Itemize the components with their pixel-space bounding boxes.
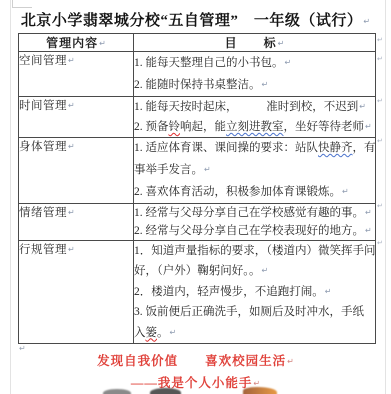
paragraph-return-mark: ↵: [68, 208, 75, 217]
category-cell: 行规管理↵: [19, 241, 134, 344]
goal-text: ，坐好等待老师: [284, 121, 365, 133]
header-cell-category: 管理内容↵: [19, 34, 134, 52]
goal-text: 3. 饭前便后正确洗手，如厕后及时冲水，手纸: [134, 306, 364, 318]
category-label: 空间管理: [19, 55, 67, 67]
goal-text: 2. 喜欢体育活动，积极参加体育课锻炼。: [134, 186, 341, 198]
goal-line: 3. 饭前便后正确洗手，如厕后及时冲水，手纸: [134, 302, 375, 322]
slogan-line-1: 发现自我价值 喜欢校园生活↵: [0, 351, 391, 369]
paragraph-return-mark: ↵: [285, 58, 292, 67]
goal-line: 1．知道声量指标的要求，（楼道内）微笑挥手问: [134, 241, 375, 261]
row-end-mark: ↵: [377, 202, 383, 210]
paragraph-return-mark: ↵: [325, 287, 332, 296]
spellcheck-marked-text: 铃: [169, 121, 181, 133]
header-label: 管理内容: [46, 36, 98, 50]
goal-text: 2．楼道内，轻声慢步，不追跑打闹。: [134, 286, 324, 298]
goal-text: 1. 适应体育课、课间操的要求：站队: [134, 142, 318, 154]
goal-text: 1．知道声量指标的要求，（楼道内）微笑挥手问: [134, 245, 376, 257]
cutoff-image-blob: [103, 389, 131, 394]
page-title-text: 北京小学翡翠城分校“五自管理” 一年级（试行）: [21, 13, 363, 29]
goal-text: 。: [157, 327, 169, 339]
goal-text: 1. 能每天整理自己的小书包。: [134, 57, 284, 69]
goal-line: 好，（户外）鞠躬问好。。↵: [134, 261, 375, 281]
row-end-mark: ↵: [377, 97, 383, 105]
table-header-row: 管理内容↵ 目 标↵: [19, 34, 376, 52]
paragraph-return-mark: ↵: [262, 80, 269, 89]
category-cell: 情绪管理↵: [19, 204, 134, 241]
paragraph-return-mark: ↵: [342, 187, 349, 196]
goal-text: 2. 能随时保持书桌整洁。: [134, 79, 261, 91]
cutoff-image-blob: [243, 387, 277, 394]
table-row: 情绪管理↵1. 经常与父母分享自己在学校感觉有趣的事。↵2. 经常与父母分享自己…: [19, 204, 376, 241]
page-right-edge-line: [385, 0, 386, 394]
goals-cell: 1. 能每天整理自己的小书包。↵2. 能随时保持书桌整洁。↵: [134, 52, 376, 97]
slogan-text: ——我是个人小能手: [131, 376, 253, 390]
paragraph-return-mark: ↵: [68, 101, 75, 110]
goal-line: 2. 经常与父母分享自己在学校表现好的地方。↵: [134, 222, 375, 240]
goal-text: 2. 经常与父母分享自己在学校表现好的地方。: [134, 225, 364, 237]
page-title: 北京小学翡翠城分校“五自管理” 一年级（试行）↵: [0, 9, 391, 30]
goal-text: 1. 经常与父母分享自己在学校感觉有趣的事。: [134, 207, 364, 219]
paragraph-return-mark: ↵: [68, 56, 75, 65]
page-corner-mark: [12, 7, 32, 8]
row-end-mark: ↵: [377, 36, 383, 44]
paragraph-return-mark: ↵: [287, 357, 294, 366]
goals-cell: 1. 经常与父母分享自己在学校感觉有趣的事。↵2. 经常与父母分享自己在学校表现…: [134, 204, 376, 241]
goal-line: 2. 喜欢体育活动，积极参加体育课锻炼。↵: [134, 181, 375, 203]
category-cell: 时间管理↵: [19, 97, 134, 138]
spellcheck-marked-text: 篓: [146, 327, 158, 339]
goals-cell: 1. 适应体育课、课间操的要求：站队快静齐，有事举手发言。↵2. 喜欢体育活动，…: [134, 138, 376, 204]
category-label: 行规管理: [19, 244, 67, 256]
goal-line: 入篓。↵: [134, 323, 375, 343]
spellcheck-marked-text: 立刻进教室: [226, 121, 284, 133]
paragraph-return-mark: ↵: [278, 39, 285, 48]
goal-line: 1. 能每天整理自己的小书包。↵: [134, 52, 375, 74]
goal-text: 2. 预备: [134, 121, 169, 133]
goals-cell: 1. 能每天按时起床， 准时到校，不迟到↵2. 预备铃响起，能立刻进教室，坐好等…: [134, 97, 376, 138]
row-end-mark: ↵: [377, 239, 383, 247]
row-end-mark: ↵: [377, 137, 383, 145]
paragraph-return-mark: ↵: [359, 102, 366, 111]
goal-text: 事举手发言。: [134, 164, 203, 176]
table-row: 时间管理↵1. 能每天按时起床， 准时到校，不迟到↵2. 预备铃响起，能立刻进教…: [19, 97, 376, 138]
goal-line: 1. 能每天按时起床， 准时到校，不迟到↵: [134, 97, 375, 117]
cutoff-image-blob: [150, 388, 181, 394]
goal-line: 2. 预备铃响起，能立刻进教室，坐好等待老师↵: [134, 117, 375, 137]
goal-line: 1. 经常与父母分享自己在学校感觉有趣的事。↵: [134, 204, 375, 222]
page-corner-mark: [12, 0, 13, 7]
page-left-edge-line: [10, 0, 11, 394]
category-label: 时间管理: [19, 100, 67, 112]
slogan-text: 发现自我价值 喜欢校园生活: [97, 354, 286, 368]
goal-text: 入: [134, 327, 146, 339]
category-cell: 身体管理↵: [19, 138, 134, 204]
goal-line: 2. 能随时保持书桌整洁。↵: [134, 74, 375, 96]
table-row: 空间管理↵1. 能每天整理自己的小书包。↵2. 能随时保持书桌整洁。↵: [19, 52, 376, 97]
slogan-line-2: ——我是个人小能手↵: [0, 373, 391, 391]
paragraph-return-mark: ↵: [68, 142, 75, 151]
goal-line: 1. 适应体育课、课间操的要求：站队快静齐，有: [134, 138, 375, 159]
goal-text: 好，（户外）鞠躬问好。。: [134, 265, 261, 277]
category-cell: 空间管理↵: [19, 52, 134, 97]
paragraph-return-mark: ↵: [365, 208, 372, 217]
management-table: 管理内容↵ 目 标↵ 空间管理↵1. 能每天整理自己的小书包。↵2. 能随时保持…: [18, 33, 376, 344]
paragraph-return-mark: ↵: [68, 245, 75, 254]
goal-line: 事举手发言。↵: [134, 159, 375, 181]
header-label: 目 标: [225, 36, 277, 50]
category-label: 情绪管理: [19, 207, 67, 219]
row-end-mark: ↵: [377, 55, 383, 63]
goal-text: 响起，能: [180, 121, 226, 133]
paragraph-return-mark: ↵: [365, 122, 372, 131]
paragraph-return-mark: ↵: [365, 226, 372, 235]
goal-line: 2．楼道内，轻声慢步，不追跑打闹。↵: [134, 282, 375, 302]
goal-text: 1. 能每天按时起床， 准时到校，不迟到: [134, 101, 358, 113]
paragraph-return-mark: ↵: [204, 165, 211, 174]
paragraph-return-mark: ↵: [262, 266, 269, 275]
goals-cell: 1．知道声量指标的要求，（楼道内）微笑挥手问好，（户外）鞠躬问好。。↵2．楼道内…: [134, 241, 376, 344]
paragraph-return-mark: ↵: [99, 39, 106, 48]
spellcheck-marked-text: 快静齐: [318, 142, 353, 154]
goal-text: ，有: [353, 142, 376, 154]
table-row: 行规管理↵1．知道声量指标的要求，（楼道内）微笑挥手问好，（户外）鞠躬问好。。↵…: [19, 241, 376, 344]
paragraph-return-mark: ↵: [363, 17, 370, 26]
paragraph-return-mark: ↵: [170, 328, 177, 337]
header-cell-goals: 目 标↵: [134, 34, 376, 52]
document-page: 北京小学翡翠城分校“五自管理” 一年级（试行）↵ 管理内容↵ 目 标↵ 空间管理…: [0, 0, 391, 394]
table-row: 身体管理↵1. 适应体育课、课间操的要求：站队快静齐，有事举手发言。↵2. 喜欢…: [19, 138, 376, 204]
category-label: 身体管理: [19, 141, 67, 153]
